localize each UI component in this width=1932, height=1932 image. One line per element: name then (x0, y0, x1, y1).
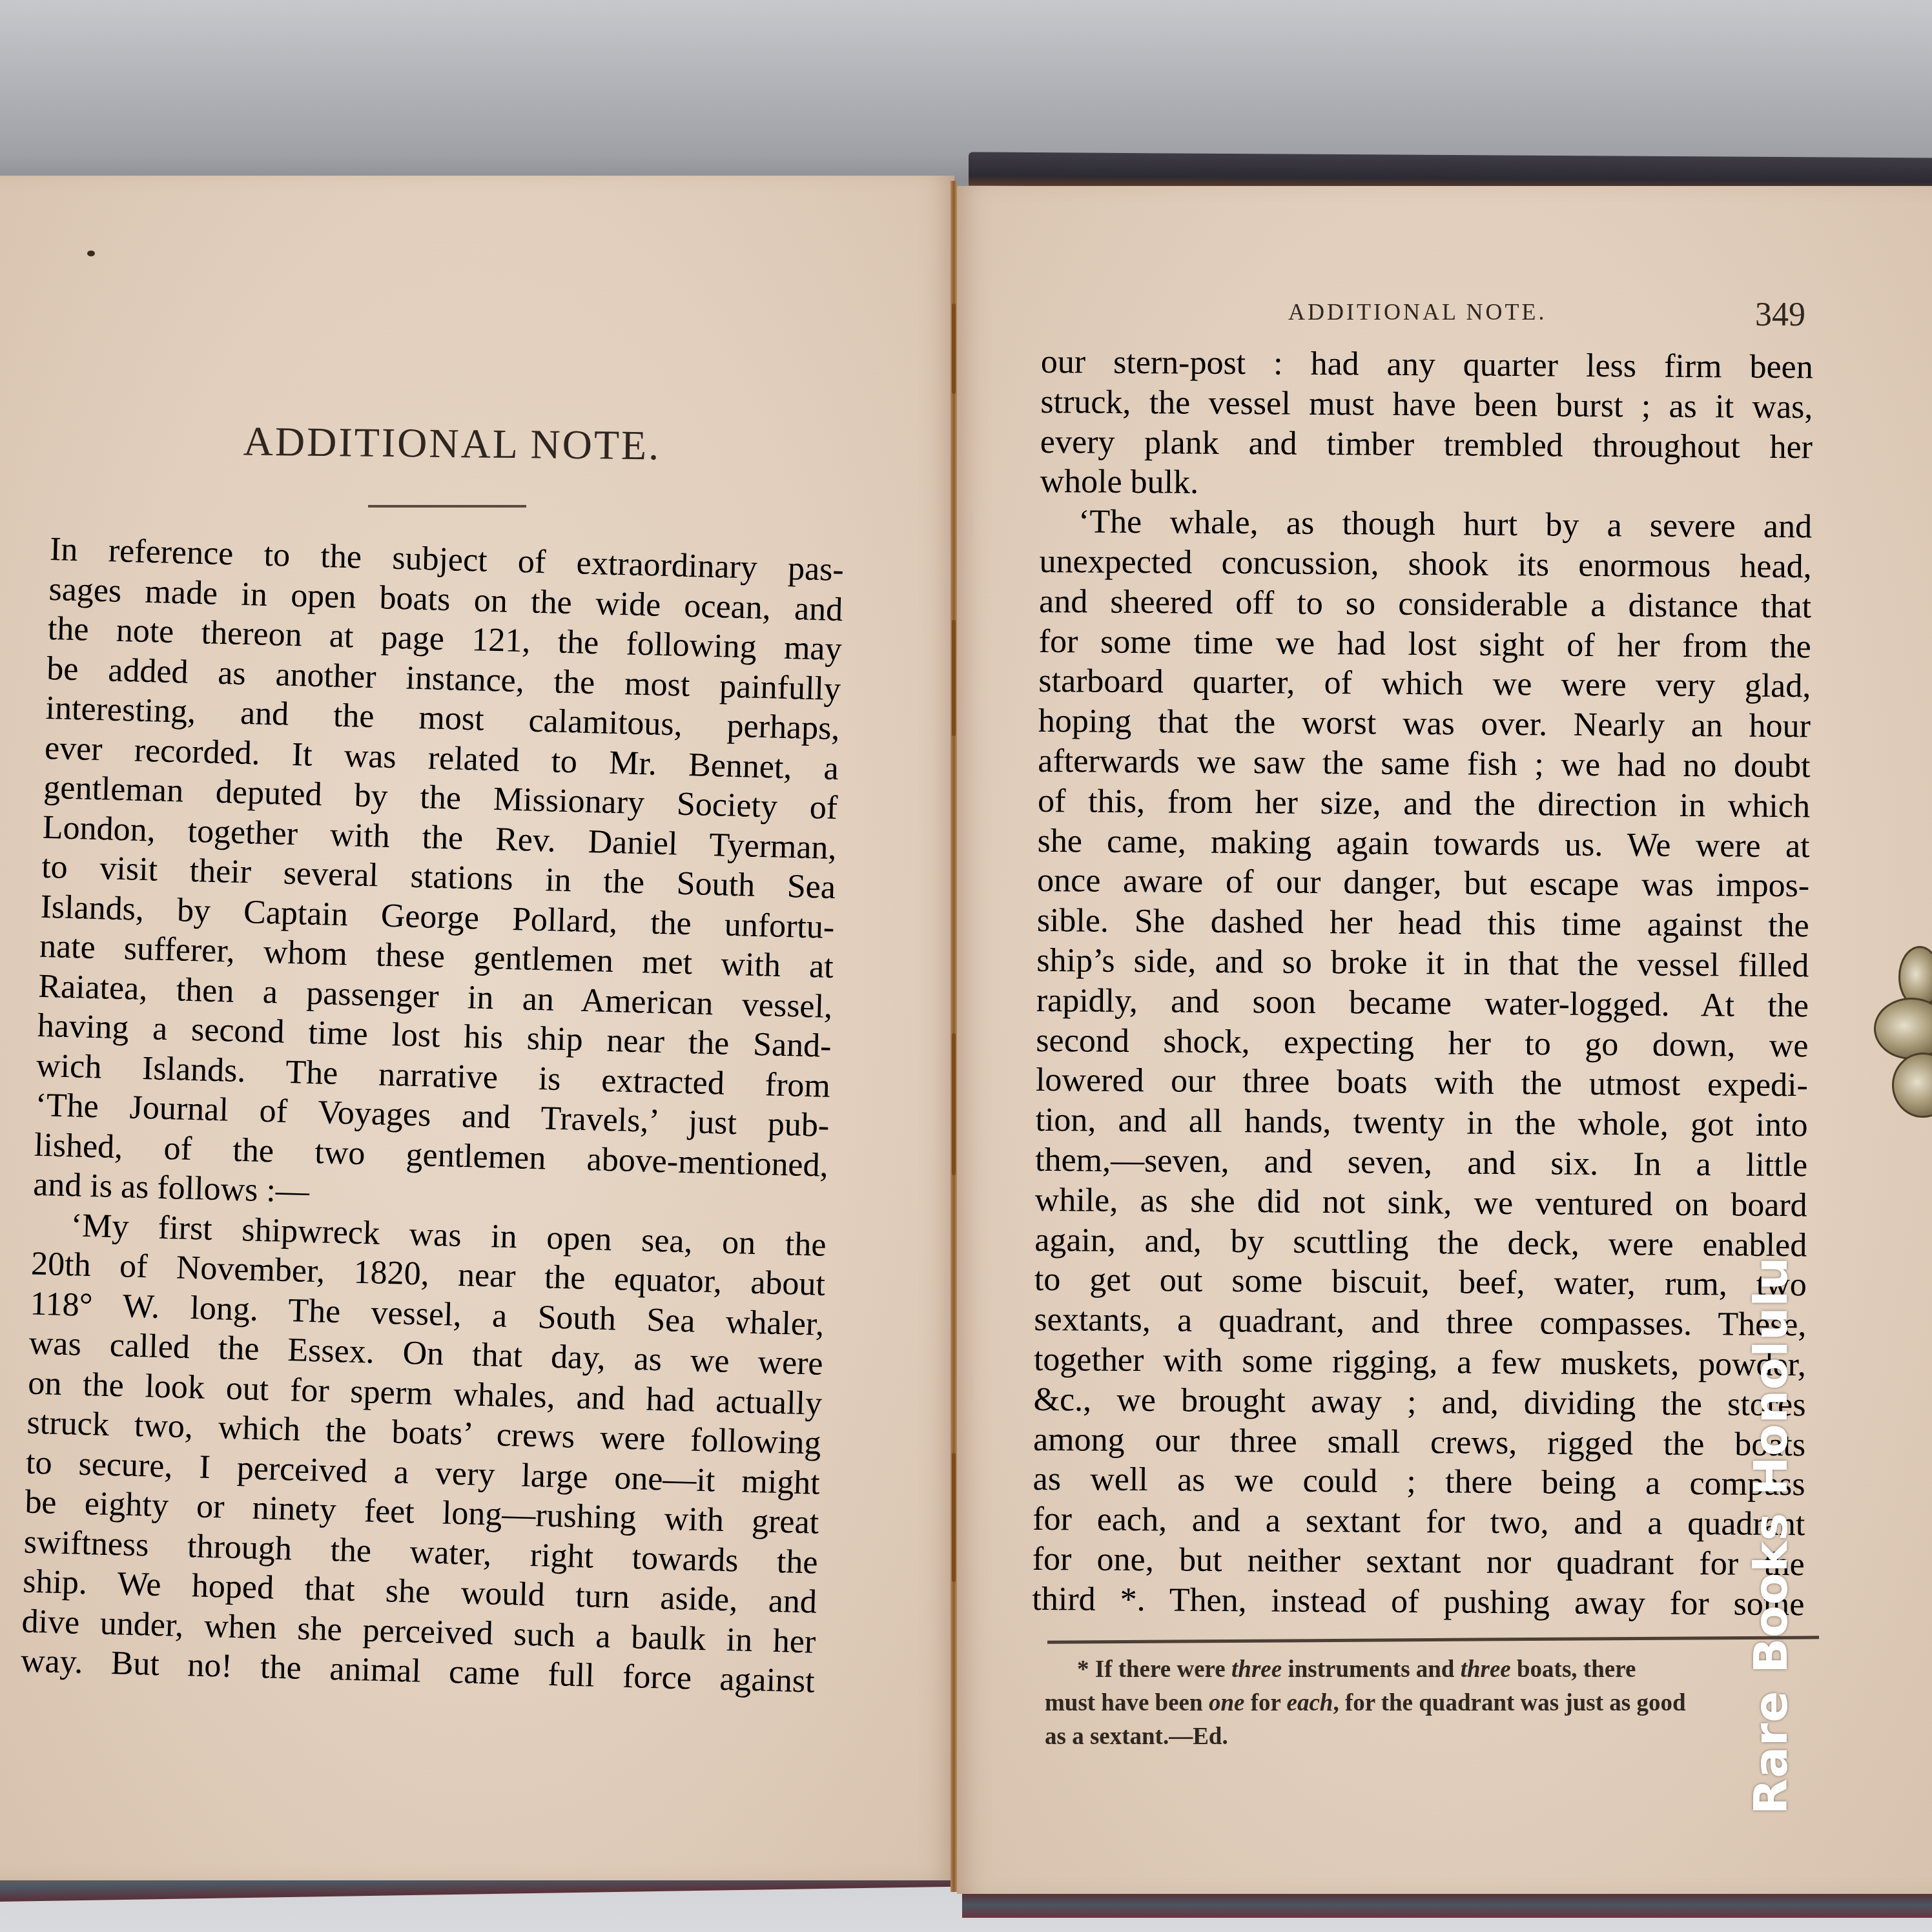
binding-thread (952, 1033, 956, 1175)
text-line: unexpected concussion, shook its enormou… (1039, 542, 1811, 587)
text-line: them,—seven, and seven, and six. In a li… (1035, 1140, 1807, 1186)
text-line: whole bulk. (1040, 462, 1812, 507)
heading-rule (368, 505, 526, 508)
binding-thread (952, 620, 956, 736)
brass-page-clip (1874, 946, 1932, 1140)
text-line: ‘The whale, as though hurt by a severe a… (1040, 502, 1812, 547)
footnote-text: for (1244, 1690, 1286, 1716)
footnote-line: * If there were three instruments and th… (1045, 1653, 1816, 1687)
text-line: every plank and timber trembled througho… (1040, 422, 1813, 468)
text-line: for some time we had lost sight of her f… (1039, 622, 1811, 667)
footnote-marker: * (1077, 1656, 1089, 1683)
chapter-heading: ADDITIONAL NOTE. (0, 415, 904, 473)
watermark: Rare Books Honolulu (1743, 1257, 1798, 1814)
page-number: 349 (1755, 296, 1805, 334)
text-line: our stern-post : had any quarter less fi… (1041, 342, 1813, 387)
text-line: while, as she did not sink, we ventured … (1035, 1180, 1807, 1226)
text-line: as well as we could ; there being a comp… (1033, 1459, 1805, 1505)
text-line: of this, from her size, and the directio… (1038, 781, 1810, 827)
text-line: for each, and a sextant for two, and a q… (1033, 1499, 1805, 1545)
text-line: lowered our three boats with the utmost … (1036, 1060, 1808, 1105)
footnote-text: boats, there (1511, 1656, 1636, 1683)
text-line: among our three small crews, rigged the … (1033, 1419, 1805, 1464)
text-line: third *. Then, instead of pushing away f… (1032, 1579, 1804, 1625)
text-line: she came, making again towards us. We we… (1037, 821, 1809, 867)
text-line: afterwards we saw the same fish ; we had… (1038, 741, 1810, 786)
binding-thread (952, 303, 956, 394)
text-line: and sheered off to so considerable a dis… (1039, 582, 1811, 627)
text-line: for one, but neither sextant nor quadran… (1033, 1539, 1805, 1585)
clip-lobe (1874, 998, 1932, 1060)
paper-speck (87, 251, 95, 256)
footnote-emphasis: three (1461, 1656, 1511, 1683)
binding-thread (952, 1453, 956, 1582)
left-page-body: In reference to the subject of extraordi… (20, 529, 844, 1701)
text-line: sible. She dashed her head this time aga… (1037, 901, 1809, 946)
footnote-emphasis: each (1286, 1690, 1333, 1716)
footnote-text: , for the quadrant was just as good (1333, 1690, 1685, 1716)
right-page-body: our stern-post : had any quarter less fi… (1032, 342, 1813, 1625)
text-line: starboard quarter, of which we were very… (1038, 661, 1811, 706)
footnote-text: If there were (1095, 1656, 1231, 1683)
text-line: sextants, a quadrant, and three compasse… (1034, 1300, 1806, 1345)
footnote-line: as a sextant.—Ed. (1045, 1720, 1816, 1754)
text-line: hoping that the worst was over. Nearly a… (1038, 701, 1811, 746)
footnote-emphasis: three (1231, 1656, 1282, 1683)
text-line: ship’s side, and so broke it in that the… (1036, 941, 1809, 986)
text-line: together with some rigging, a few musket… (1034, 1340, 1806, 1385)
text-line: to get out some biscuit, beef, water, ru… (1034, 1260, 1807, 1305)
footnote-text: instruments and (1282, 1656, 1461, 1683)
clip-lobe (1892, 1053, 1932, 1118)
text-line: &c., we brought away ; and, dividing the… (1033, 1380, 1805, 1425)
text-line: struck, the vessel must have been burst … (1040, 382, 1813, 427)
text-line: second shock, expecting her to go down, … (1036, 1021, 1808, 1066)
text-line: rapidly, and soon became water-logged. A… (1036, 981, 1809, 1026)
book-cover-bottom-edge-right (962, 1892, 1932, 1918)
footnote: * If there were three instruments and th… (1045, 1653, 1816, 1754)
footnote-line: must have been one for each, for the qua… (1045, 1687, 1816, 1720)
footnote-emphasis: one (1209, 1690, 1245, 1716)
footnote-text: must have been (1045, 1690, 1209, 1716)
text-line: tion, and all hands, twenty in the whole… (1035, 1100, 1807, 1146)
running-head: ADDITIONAL NOTE. (1288, 298, 1547, 325)
text-line: again, and, by scuttling the deck, were … (1034, 1220, 1807, 1265)
text-line: once aware of our danger, but escape was… (1037, 861, 1809, 906)
